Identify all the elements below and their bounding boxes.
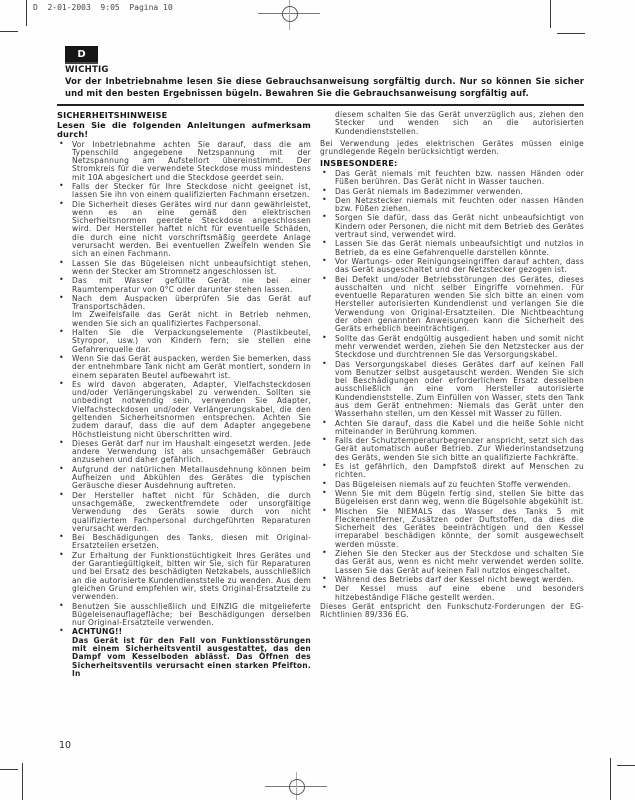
bullet-item: •Das Gerät niemals im Badezimmer verwend… xyxy=(320,188,584,196)
bullet-text: Wenn Sie das Gerät auspacken, werden Sie… xyxy=(72,354,311,380)
bullet-icon: • xyxy=(59,491,64,499)
registration-mark-top-circle xyxy=(282,6,298,22)
bullet-icon: • xyxy=(59,294,64,302)
bullet-item: •Falls der Stecker für Ihre Steckdose ni… xyxy=(57,183,311,200)
crop-mark-top-left-h xyxy=(0,31,18,32)
compliance-paragraph: Dieses Gerät entspricht den Funkschutz-F… xyxy=(320,603,584,620)
bullet-text: Das Versorgungskabel dieses Gerätes darf… xyxy=(335,360,584,419)
bullet-text: Falls der Stecker für Ihre Steckdose nic… xyxy=(72,182,311,199)
warning-item: • ACHTUNG!! Das Gerät ist für den Fall v… xyxy=(57,628,311,678)
bullet-text: Halten Sie die Verpackungselemente (Plas… xyxy=(72,328,311,354)
bullet-item: •Während des Betriebs darf der Kessel ni… xyxy=(320,576,584,584)
bullet-icon: • xyxy=(59,140,64,148)
crop-mark-bottom-right-v xyxy=(610,758,611,800)
bullet-icon: • xyxy=(322,360,327,368)
bullet-item: •Lassen Sie das Bügeleisen nicht unbeauf… xyxy=(57,260,311,277)
bullet-text: Es wird davon abgeraten, Adapter, Vielfa… xyxy=(72,380,311,439)
bullet-icon: • xyxy=(59,276,64,284)
bullet-icon: • xyxy=(322,489,327,497)
bullet-item: •Lassen Sie das Gerät niemals unbeaufsic… xyxy=(320,240,584,257)
bullet-item: •Ziehen Sie den Stecker aus der Steckdos… xyxy=(320,550,584,575)
bullet-item: •Der Hersteller haftet nicht für Schäden… xyxy=(57,492,311,533)
bullet-item: •Das Bügeleisen niemals auf zu feuchten … xyxy=(320,481,584,489)
bullet-text: Wenn Sie mit dem Bügeln fertig sind, ste… xyxy=(335,489,584,506)
bullet-icon: • xyxy=(322,575,327,583)
bullet-icon: • xyxy=(322,257,327,265)
safety-list-left: •Vor Inbetriebnahme achten Sie darauf, d… xyxy=(57,141,311,628)
bullet-item: •Das mit Wasser gefüllte Gerät nie bei e… xyxy=(57,277,311,294)
bullet-item: •Dieses Gerät darf nur im Haushalt einge… xyxy=(57,440,311,465)
bullet-item: •Zur Erhaltung der Funktionstüchtigkeit … xyxy=(57,552,311,602)
bullet-icon: • xyxy=(59,602,64,610)
bullet-text: Der Kessel muss auf eine ebene und beson… xyxy=(335,584,584,601)
bullet-icon: • xyxy=(322,187,327,195)
bullet-icon: • xyxy=(59,354,64,362)
bullet-text: Aufgrund der natürlichen Metallausdehnun… xyxy=(72,465,311,491)
wichtig-heading: WICHTIG xyxy=(65,65,109,75)
registration-mark-bottom-circle xyxy=(289,779,305,795)
horizontal-rule xyxy=(57,104,584,106)
bullet-text: Vor Wartungs- oder Reinigungseingriffen … xyxy=(335,257,584,274)
bullet-item: •Der Kessel muss auf eine ebene und beso… xyxy=(320,585,584,602)
bullet-text: Das Gerät niemals mit feuchten bzw. nass… xyxy=(335,169,584,186)
safety-list-right: •Das Gerät niemals mit feuchten bzw. nas… xyxy=(320,170,584,602)
bullet-text: Vor Inbetriebnahme achten Sie darauf, da… xyxy=(72,140,311,182)
bullet-text: Das Gerät niemals im Badezimmer verwende… xyxy=(335,187,523,196)
bullet-icon: • xyxy=(59,182,64,190)
bullet-icon: • xyxy=(322,239,327,247)
bullet-icon: • xyxy=(322,507,327,515)
bullet-item: •Bei Beschädigungen des Tanks, diesen mi… xyxy=(57,534,311,551)
bullet-text: Die Sicherheit dieses Gerätes wird nur d… xyxy=(72,200,311,259)
insbesondere-heading: INSBESONDERE: xyxy=(320,159,584,169)
bullet-item: •Mischen Sie NIEMALS das Wasser des Tank… xyxy=(320,508,584,549)
warning-text: Das Gerät ist für den Fall von Funktions… xyxy=(72,636,311,678)
crop-mark-bottom-left-h xyxy=(0,769,18,770)
page-number: 10 xyxy=(59,740,71,751)
bullet-text: Bei Beschädigungen des Tanks, diesen mit… xyxy=(72,533,311,550)
bullet-item: •Es wird davon abgeraten, Adapter, Vielf… xyxy=(57,381,311,439)
crop-mark-bottom-left-v xyxy=(22,763,23,800)
bullet-icon: • xyxy=(59,533,64,541)
bullet-text: Den Netzstecker niemals mit feuchten ode… xyxy=(335,196,584,213)
bullet-item: •Aufgrund der natürlichen Metallausdehnu… xyxy=(57,466,311,491)
bullet-item: •Das Gerät niemals mit feuchten bzw. nas… xyxy=(320,170,584,187)
bullet-text: Das mit Wasser gefüllte Gerät nie bei ei… xyxy=(72,276,311,293)
bullet-text: Zur Erhaltung der Funktionstüchtigkeit I… xyxy=(72,551,311,601)
bullet-text: Achten Sie darauf, dass die Kabel und di… xyxy=(335,419,584,436)
bullet-text: Lassen Sie das Bügeleisen nicht unbeaufs… xyxy=(72,259,311,276)
bullet-icon: • xyxy=(59,200,64,208)
bullet-item: •Den Netzstecker niemals mit feuchten od… xyxy=(320,197,584,214)
safety-subheading: Lesen Sie die folgenden Anleitungen aufm… xyxy=(57,121,311,140)
intro-paragraph: Vor der Inbetriebnahme lesen Sie diese G… xyxy=(65,76,584,99)
bullet-icon: • xyxy=(322,334,327,342)
bullet-text: Nach dem Auspacken überprüfen Sie das Ge… xyxy=(72,294,311,328)
bullet-icon: • xyxy=(59,328,64,336)
bullet-icon: • xyxy=(59,551,64,559)
bullet-text: Ziehen Sie den Stecker aus der Steckdose… xyxy=(335,549,584,575)
bullet-icon: • xyxy=(322,436,327,444)
bullet-icon: • xyxy=(59,439,64,447)
bullet-item: •Es ist gefährlich, den Dampfstoß direkt… xyxy=(320,463,584,480)
bullet-item: •Bei Defekt und/oder Betriebsstörungen d… xyxy=(320,276,584,334)
language-badge: D xyxy=(65,46,98,64)
bullet-icon: • xyxy=(322,196,327,204)
crop-mark-bottom-right-h xyxy=(617,765,635,766)
bullet-icon: • xyxy=(322,584,327,592)
crop-mark-top-right-v xyxy=(550,0,551,28)
bullet-text: Bei Defekt und/oder Betriebsstörungen de… xyxy=(335,275,584,334)
bullet-item: •Sollte das Gerät endgültig ausgedient h… xyxy=(320,335,584,360)
bullet-icon: • xyxy=(322,213,327,221)
bullet-text: Dieses Gerät darf nur im Haushalt einges… xyxy=(72,439,311,465)
bullet-text: Benutzen Sie ausschließlich und EINZIG d… xyxy=(72,602,311,628)
bullet-item: •Achten Sie darauf, dass die Kabel und d… xyxy=(320,420,584,437)
bullet-text: Falls der Schutztemperaturbegrenzer ansp… xyxy=(335,436,584,462)
bullet-text: Lassen Sie das Gerät niemals unbeaufsich… xyxy=(335,239,584,256)
bullet-text: Der Hersteller haftet nicht für Schäden,… xyxy=(72,491,311,533)
bullet-item: •Die Sicherheit dieses Gerätes wird nur … xyxy=(57,201,311,259)
left-column: SICHERHEITSHINWEISE Lesen Sie die folgen… xyxy=(57,111,311,763)
bullet-text: Das Bügeleisen niemals auf zu feuchten S… xyxy=(335,480,571,489)
bullet-icon: • xyxy=(59,259,64,267)
manual-page: D 2-01-2003 9:05 Pagina 10 D WICHTIG Vor… xyxy=(0,0,635,800)
warning-continuation: diesem schalten Sie das Gerät unverzügli… xyxy=(320,111,584,136)
bullet-icon: • xyxy=(59,465,64,473)
bullet-icon: • xyxy=(322,419,327,427)
bullet-item: •Benutzen Sie ausschließlich und EINZIG … xyxy=(57,603,311,628)
bullet-text: Es ist gefährlich, den Dampfstoß direkt … xyxy=(335,462,584,479)
bullet-text: Sollte das Gerät endgültig ausgedient ha… xyxy=(335,334,584,360)
bullet-icon: • xyxy=(59,380,64,388)
bullet-item: •Wenn Sie mit dem Bügeln fertig sind, st… xyxy=(320,490,584,507)
bullet-icon: • xyxy=(322,275,327,283)
bullet-item: •Falls der Schutztemperaturbegrenzer ans… xyxy=(320,437,584,462)
bullet-icon: • xyxy=(322,549,327,557)
bullet-item: •Nach dem Auspacken überprüfen Sie das G… xyxy=(57,295,311,328)
bullet-icon: • xyxy=(322,169,327,177)
bullet-text: Während des Betriebs darf der Kessel nic… xyxy=(335,575,574,584)
bullet-item: •Wenn Sie das Gerät auspacken, werden Si… xyxy=(57,355,311,380)
print-header: D 2-01-2003 9:05 Pagina 10 xyxy=(33,3,173,12)
bullet-item: •Sorgen Sie dafür, dass das Gerät nicht … xyxy=(320,214,584,239)
bullet-text: Sorgen Sie dafür, dass das Gerät nicht u… xyxy=(335,213,584,239)
bullet-text: Mischen Sie NIEMALS das Wasser des Tanks… xyxy=(335,507,584,549)
warning-list: • ACHTUNG!! Das Gerät ist für den Fall v… xyxy=(57,628,311,678)
bullet-item: •Das Versorgungskabel dieses Gerätes dar… xyxy=(320,361,584,419)
bullet-item: •Vor Inbetriebnahme achten Sie darauf, d… xyxy=(57,141,311,182)
general-rules-paragraph: Bei Verwendung jedes elektrischen Geräte… xyxy=(320,140,584,157)
crop-mark-top-right-h xyxy=(557,33,585,34)
bullet-item: •Vor Wartungs- oder Reinigungseingriffen… xyxy=(320,258,584,275)
right-column: diesem schalten Sie das Gerät unverzügli… xyxy=(320,111,584,763)
bullet-icon: • xyxy=(322,462,327,470)
bullet-icon: • xyxy=(322,480,327,488)
crop-mark-top-left-v xyxy=(26,0,27,26)
bullet-icon: • xyxy=(59,627,64,635)
bullet-item: •Halten Sie die Verpackungselemente (Pla… xyxy=(57,329,311,354)
